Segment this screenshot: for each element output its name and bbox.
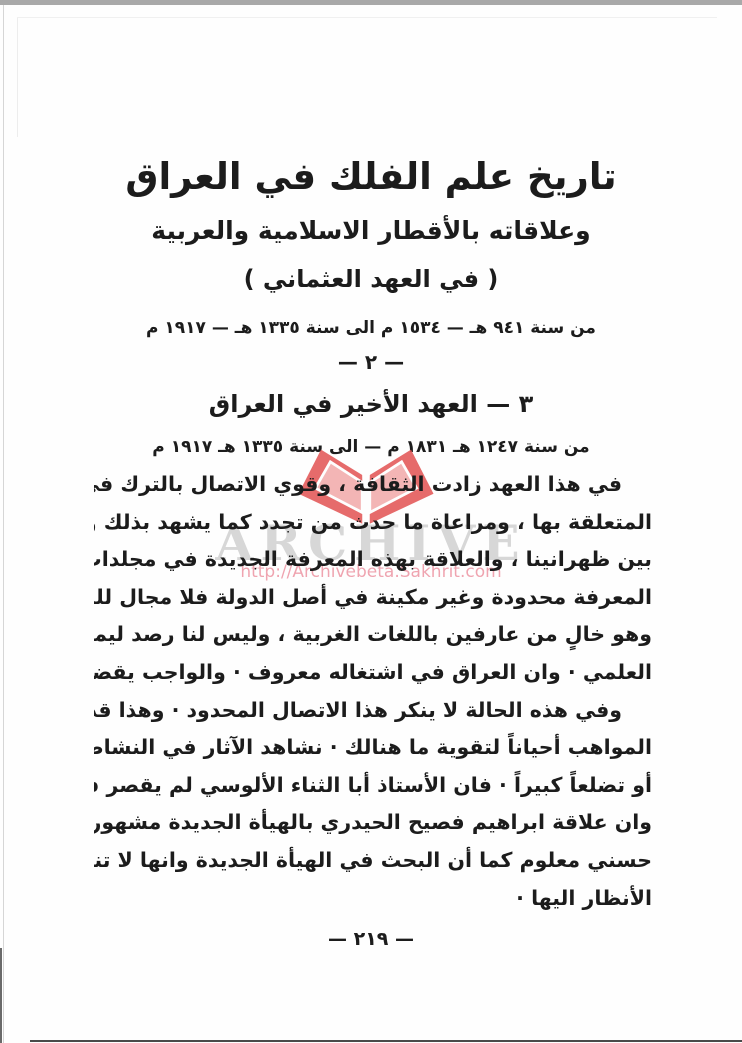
body-line: المعرفة محدودة وغير مكينة في أصل الدولة … <box>94 579 652 617</box>
page-inner-edge-vertical <box>17 17 18 137</box>
body-line: حسني معلوم كما أن البحث في الهيأة الجديد… <box>94 842 652 880</box>
body-line: وان علاقة ابراهيم فصيح الحيدري بالهيأة ا… <box>94 804 652 842</box>
body-line: الأنظار اليها · <box>94 880 652 918</box>
body-line: في هذا العهد زادت الثقافة ، وقوي الاتصال… <box>94 466 652 504</box>
section-heading: ٣ — العهد الأخير في العراق <box>0 382 742 426</box>
page-inner-edge-horizontal <box>17 17 717 18</box>
body-line: العلمي · وان العراق في اشتغاله معروف · و… <box>94 654 652 692</box>
ottoman-date-range: من سنة ٩٤١ هـ — ١٥٣٤ م الى سنة ١٣٣٥ هـ —… <box>0 310 742 346</box>
scan-top-edge <box>0 0 742 5</box>
scanned-book-page: ARCHIVE http://Archivebeta.Sakhrit.com ت… <box>0 0 742 1043</box>
body-paragraph: في هذا العهد زادت الثقافة ، وقوي الاتصال… <box>94 466 652 917</box>
era-note: ( في العهد العثماني ) <box>0 256 742 302</box>
part-number: — ٢ — <box>0 347 742 377</box>
body-line: وفي هذه الحالة لا ينكر هذا الاتصال المحد… <box>94 692 652 730</box>
page-title: تاريخ علم الفلك في العراق <box>0 146 742 208</box>
body-line: بين ظهرانينا ، والعلاقة بهذه المعرفة الج… <box>94 541 652 579</box>
body-line: وهو خالٍ من عارفين باللغات الغربية ، ولي… <box>94 616 652 654</box>
page-number: — ٢١٩ — <box>0 928 742 950</box>
body-line: أو تضلعاً كبيراً · فان الأستاذ أبا الثنا… <box>94 767 652 805</box>
scan-bottom-edge <box>30 1040 742 1042</box>
scan-left-dark-edge <box>0 948 2 1043</box>
page-subtitle: وعلاقاته بالأقطار الاسلامية والعربية <box>0 210 742 252</box>
body-line: المواهب أحياناً لتقوية ما هنالك · نشاهد … <box>94 729 652 767</box>
body-line: المتعلقة بها ، ومراعاة ما حدث من تجدد كم… <box>94 504 652 542</box>
